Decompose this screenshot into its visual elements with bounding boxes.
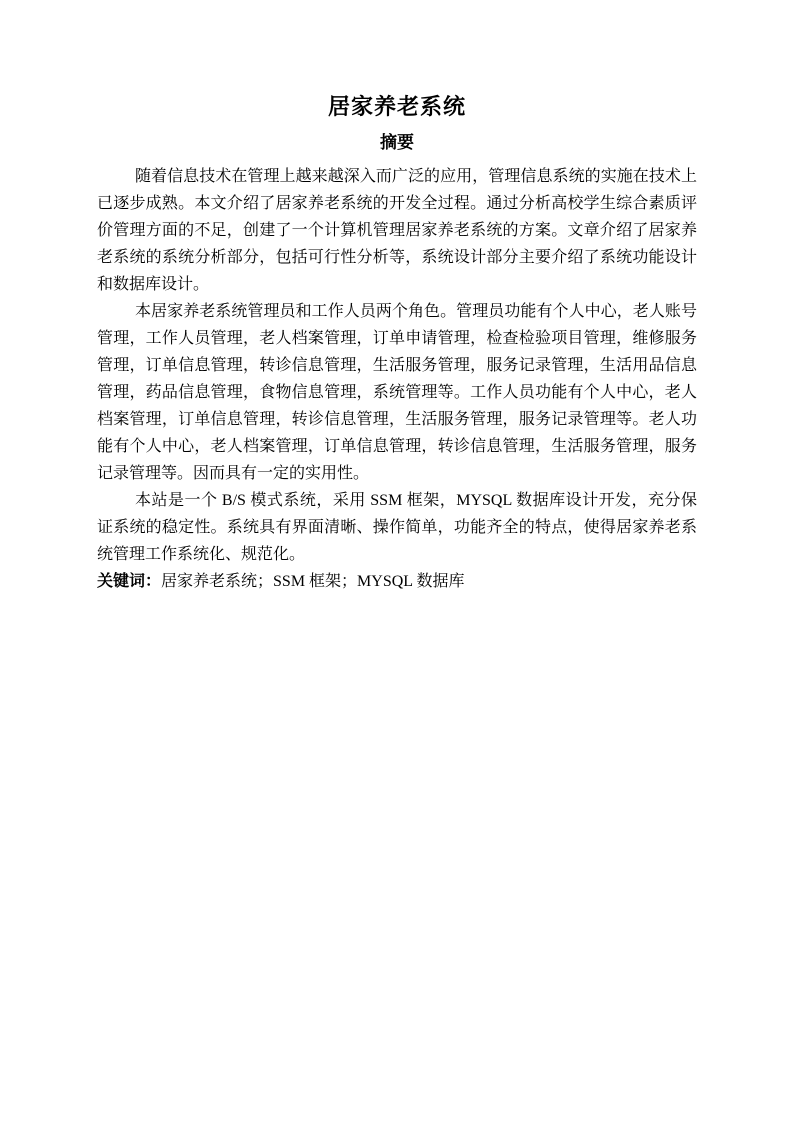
page-title: 居家养老系统: [97, 92, 697, 122]
abstract-paragraph-3: 本站是一个 B/S 模式系统，采用 SSM 框架，MYSQL 数据库设计开发，充…: [97, 487, 697, 568]
keywords-label: 关键词：: [97, 573, 161, 590]
abstract-paragraph-1: 随着信息技术在管理上越来越深入而广泛的应用，管理信息系统的实施在技术上已逐步成熟…: [97, 163, 697, 298]
abstract-heading: 摘要: [97, 131, 697, 155]
keywords-text: 居家养老系统；SSM 框架；MYSQL 数据库: [161, 573, 464, 590]
abstract-paragraph-2: 本居家养老系统管理员和工作人员两个角色。管理员功能有个人中心，老人账号管理，工作…: [97, 298, 697, 487]
keywords-line: 关键词：居家养老系统；SSM 框架；MYSQL 数据库: [97, 568, 697, 595]
document-page: 居家养老系统 摘要 随着信息技术在管理上越来越深入而广泛的应用，管理信息系统的实…: [0, 0, 793, 1122]
